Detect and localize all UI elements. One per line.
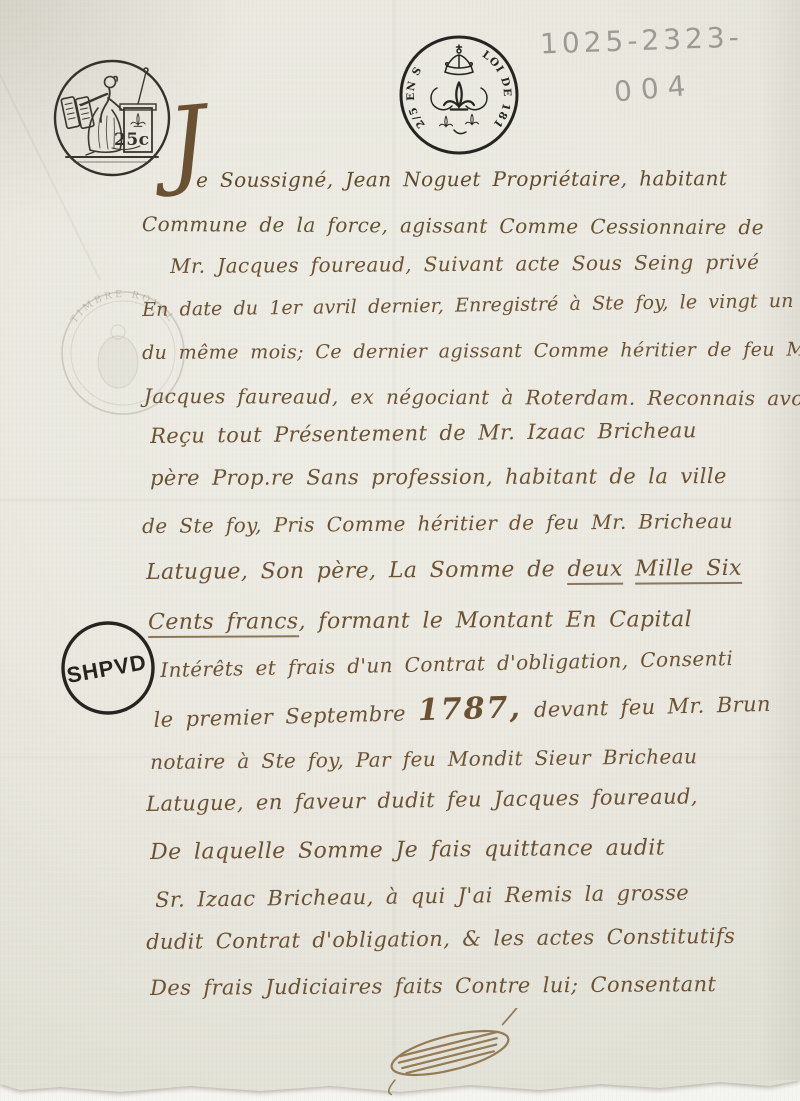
manuscript-line: e Soussigné, Jean Noguet Propriétaire, h… <box>196 166 727 192</box>
manuscript-line: Commune de la force, agissant Comme Cess… <box>142 212 764 239</box>
fleur-de-lis-icon <box>131 114 145 127</box>
manuscript-line: Latugue, Son père, La Somme de deux Mill… <box>146 556 742 587</box>
document-scan: 25c <box>0 0 800 1101</box>
svg-text:2/5 EN SUS: 2/5 EN SUS <box>396 32 428 130</box>
manuscript-line: Des frais Judiciaires faits Contre lui; … <box>150 972 716 1001</box>
manuscript-line: du même mois; Ce dernier agissant Comme … <box>142 338 800 364</box>
line-text: devant feu Mr. Brun <box>522 692 772 723</box>
manuscript-line: De laquelle Somme Je fais quittance audi… <box>150 836 665 867</box>
stamp-denomination: 25c <box>114 130 150 150</box>
underlined-amount: Cents francs <box>148 609 299 638</box>
line-text: , formant le Montant En Capital <box>299 607 693 634</box>
shpvd-text: SHPVD <box>65 649 149 688</box>
revenue-stamp-25c: 25c <box>50 56 174 180</box>
line-text <box>623 557 636 582</box>
shpvd-stamp: SHPVD <box>56 616 160 720</box>
underlined-amount: Mille Six <box>635 556 742 585</box>
manuscript-line: Cents francs, formant le Montant En Capi… <box>148 607 692 636</box>
crown-icon <box>445 45 473 75</box>
royal-tax-stamp: 2/5 EN SUS LOI DE 1816. <box>396 32 522 158</box>
fleur-de-lis-ornament <box>431 83 487 134</box>
pencil-annotation-line1: 1025-2323- <box>539 20 743 60</box>
pencil-annotation-line2: 004 <box>613 69 696 109</box>
line-text: Latugue, Son père, La Somme de <box>146 557 568 585</box>
manuscript-line: Jacques faureaud, ex négociant à Roterda… <box>144 384 800 410</box>
manuscript-line: Mr. Jacques foureaud, Suivant acte Sous … <box>170 250 759 278</box>
manuscript-line: père Prop.re Sans profession, habitant d… <box>150 464 727 491</box>
underlined-amount: deux <box>567 557 622 585</box>
line-text: le premier Septembre <box>153 701 418 732</box>
stamp-left-arc-text: 2/5 EN SUS <box>396 32 428 130</box>
signature-flourish <box>375 1008 545 1098</box>
year-figure: 1787, <box>417 690 522 728</box>
